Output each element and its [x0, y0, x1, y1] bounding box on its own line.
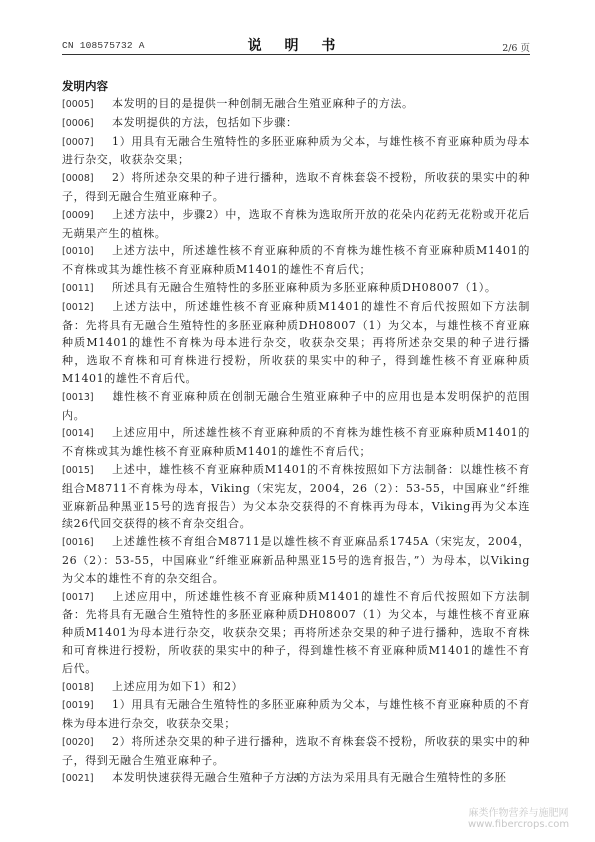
paragraph-number: [0007] — [62, 134, 112, 152]
watermark-url: www.fibercrops.com — [468, 819, 569, 830]
paragraph-text: 上述方法中，所述雄性核不育亚麻种质的不育株为雄性核不育亚麻种质M1401的不育株… — [62, 244, 530, 276]
paragraph-text: 2）将所述杂交果的种子进行播种，选取不育株套袋不授粉，所收获的果实中的种子，得到… — [62, 735, 530, 767]
paragraph-text: 雄性核不育亚麻种质在创制无融合生殖亚麻种子中的应用也是本发明保护的范围内。 — [62, 390, 530, 422]
paragraph-number: [0016] — [62, 534, 112, 552]
paragraph-number: [0017] — [62, 589, 112, 607]
document-body: 发明内容 [0005]本发明的目的是提供一种创制无融合生殖亚麻种子的方法。 [0… — [62, 77, 530, 788]
paragraph-text: 上述应用中，所述雄性核不育亚麻种质的不育株为雄性核不育亚麻种质M1401的不育株… — [62, 426, 530, 458]
paragraph-number: [0008] — [62, 170, 112, 188]
paragraph-0016: [0016]上述雄性核不育组合M8711是以雄性核不育亚麻品系1745A（宋宪友… — [62, 533, 530, 587]
paragraph-text: 上述方法中，步骤2）中，选取不育株为选取所开放的花朵内花药无花粉或开花后无蒴果产… — [62, 208, 530, 240]
paragraph-0012: [0012]上述方法中，所述雄性核不育亚麻种质M1401的雄性不育后代按照如下方… — [62, 298, 530, 388]
page-header: CN 108575732 A 说 明 书 2/6 页 — [62, 36, 530, 54]
paragraph-text: 上述应用中，所述雄性核不育亚麻种质M1401的雄性不育后代按照如下方法制备：先将… — [62, 590, 530, 675]
paragraph-number: [0005] — [62, 96, 112, 114]
paragraph-number: [0010] — [62, 243, 112, 261]
section-title: 发明内容 — [62, 77, 530, 95]
paragraph-text: 本发明提供的方法，包括如下步骤： — [112, 116, 298, 129]
paragraph-number: [0009] — [62, 207, 112, 225]
paragraph-0006: [0006]本发明提供的方法，包括如下步骤： — [62, 114, 530, 133]
paragraph-number: [0013] — [62, 389, 112, 407]
watermark-site-name: 麻类作物营养与施肥网 — [468, 808, 569, 819]
paragraph-0020: [0020]2）将所述杂交果的种子进行播种，选取不育株套袋不授粉，所收获的果实中… — [62, 733, 530, 770]
paragraph-0009: [0009]上述方法中，步骤2）中，选取不育株为选取所开放的花朵内花药无花粉或开… — [62, 206, 530, 243]
paragraph-0017: [0017]上述应用中，所述雄性核不育亚麻种质M1401的雄性不育后代按照如下方… — [62, 588, 530, 678]
paragraph-text: 上述中，雄性核不育亚麻种质M1401的不育株按照如下方法制备：以雄性核不育组合M… — [62, 463, 530, 530]
paragraph-number: [0018] — [62, 679, 112, 697]
paragraph-0010: [0010]上述方法中，所述雄性核不育亚麻种质的不育株为雄性核不育亚麻种质M14… — [62, 242, 530, 279]
paragraph-number: [0011] — [62, 280, 112, 298]
paragraph-0011: [0011]所述具有无融合生殖特性的多胚亚麻种质为多胚亚麻种质DH08007（1… — [62, 279, 530, 298]
paragraph-number: [0006] — [62, 115, 112, 133]
paragraph-text: 本发明快速获得无融合生殖种子方法的方法为采用具有无融合生殖特性的多胚 — [112, 771, 506, 784]
document-title: 说 明 书 — [62, 35, 530, 55]
paragraph-number: [0012] — [62, 299, 112, 317]
header-divider — [62, 54, 530, 55]
watermark: 麻类作物营养与施肥网 www.fibercrops.com — [468, 808, 569, 830]
paragraph-0015: [0015]上述中，雄性核不育亚麻种质M1401的不育株按照如下方法制备：以雄性… — [62, 461, 530, 533]
paragraph-number: [0015] — [62, 462, 112, 480]
paragraph-text: 所述具有无融合生殖特性的多胚亚麻种质为多胚亚麻种质DH08007（1）。 — [112, 281, 497, 294]
paragraph-text: 上述雄性核不育组合M8711是以雄性核不育亚麻品系1745A（宋宪友，2004，… — [62, 535, 530, 585]
paragraph-text: 上述应用为如下1）和2） — [112, 680, 243, 693]
page-indicator: 2/6 页 — [502, 40, 530, 54]
paragraph-number: [0021] — [62, 770, 112, 788]
paragraph-text: 1）用具有无融合生殖特性的多胚亚麻种质为父本，与雄性核不育亚麻种质的不育株为母本… — [62, 698, 530, 730]
paragraph-0005: [0005]本发明的目的是提供一种创制无融合生殖亚麻种子的方法。 — [62, 95, 530, 114]
paragraph-text: 2）将所述杂交果的种子进行播种，选取不育株套袋不授粉，所收获的果实中的种子，得到… — [62, 171, 530, 203]
paragraph-number: [0014] — [62, 425, 112, 443]
paragraph-text: 本发明的目的是提供一种创制无融合生殖亚麻种子的方法。 — [112, 97, 414, 110]
paragraph-0019: [0019]1）用具有无融合生殖特性的多胚亚麻种质为父本，与雄性核不育亚麻种质的… — [62, 696, 530, 733]
paragraph-number: [0019] — [62, 697, 112, 715]
paragraph-0008: [0008]2）将所述杂交果的种子进行播种，选取不育株套袋不授粉，所收获的果实中… — [62, 169, 530, 206]
paragraph-text: 1）用具有无融合生殖特性的多胚亚麻种质为父本，与雄性核不育亚麻种质为母本进行杂交… — [62, 135, 530, 167]
paragraph-number: [0020] — [62, 734, 112, 752]
paragraph-text: 上述方法中，所述雄性核不育亚麻种质M1401的雄性不育后代按照如下方法制备：先将… — [62, 300, 530, 385]
paragraph-0018: [0018]上述应用为如下1）和2） — [62, 678, 530, 697]
page-number: 4 — [294, 772, 300, 783]
paragraph-0014: [0014]上述应用中，所述雄性核不育亚麻种质的不育株为雄性核不育亚麻种质M14… — [62, 424, 530, 461]
paragraph-0007: [0007]1）用具有无融合生殖特性的多胚亚麻种质为父本，与雄性核不育亚麻种质为… — [62, 133, 530, 170]
paragraph-0013: [0013]雄性核不育亚麻种质在创制无融合生殖亚麻种子中的应用也是本发明保护的范… — [62, 388, 530, 425]
